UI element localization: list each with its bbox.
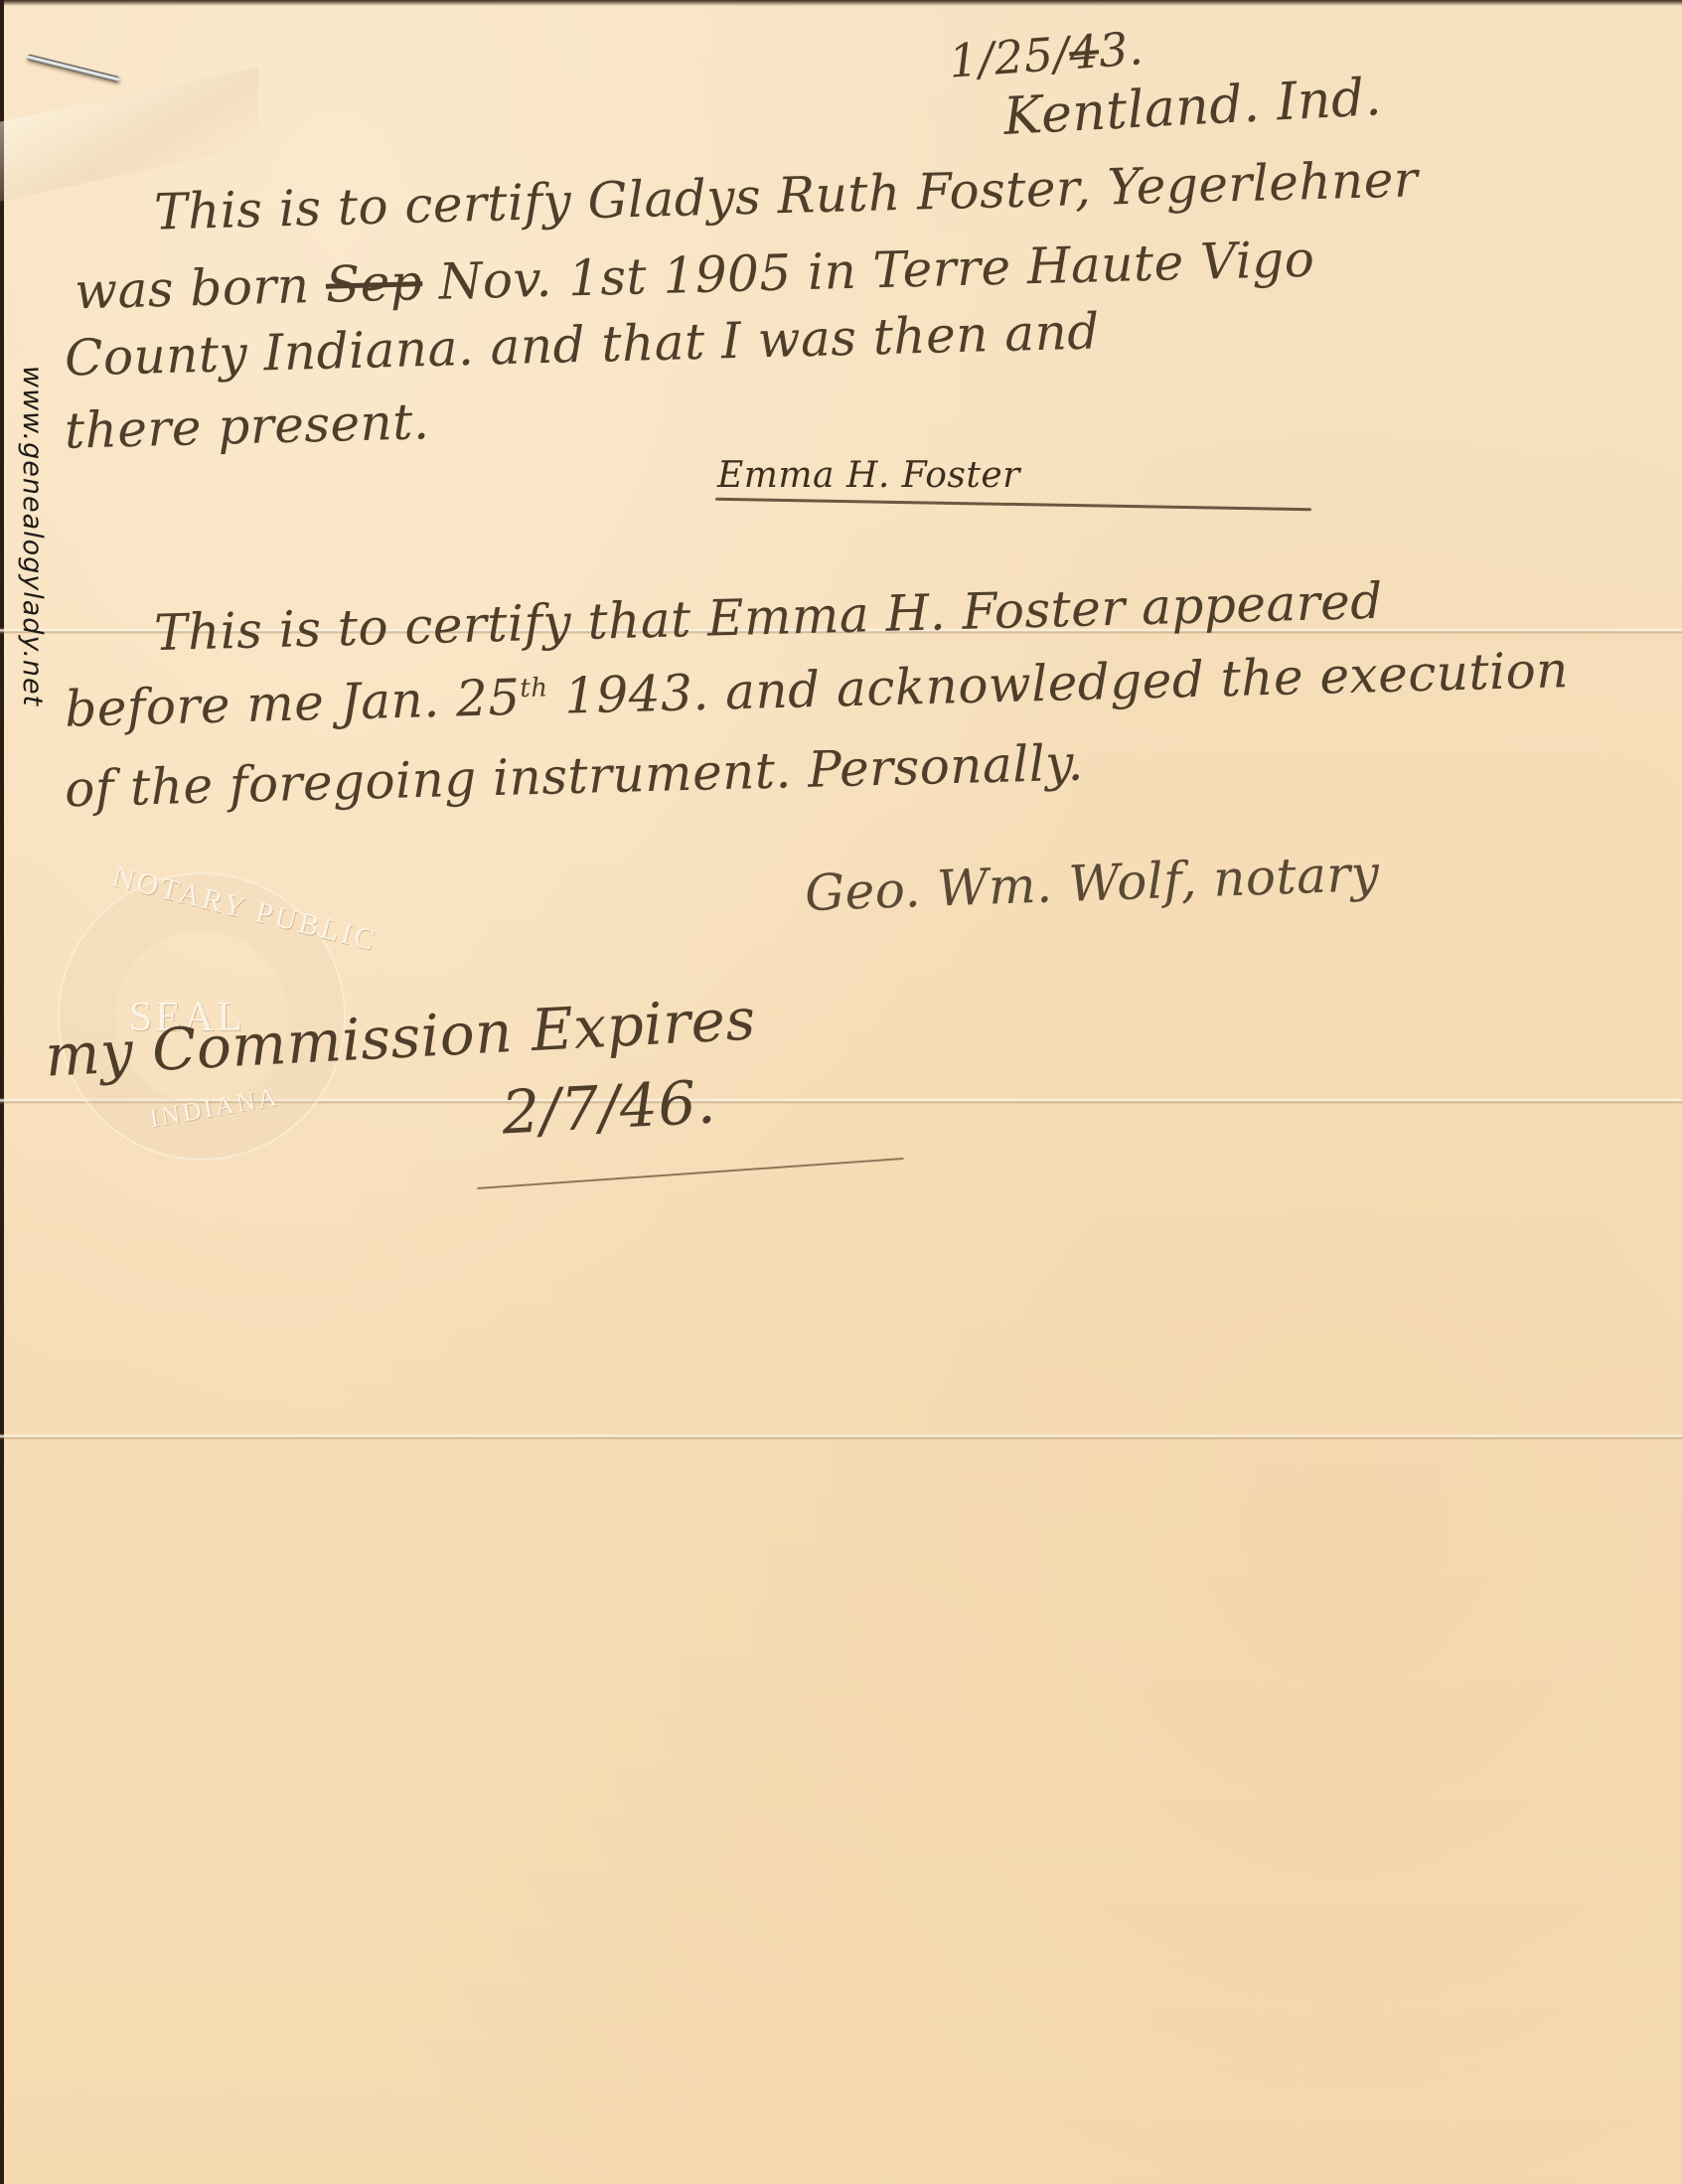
signature-underline [715,498,1311,511]
fold-line [0,1434,1682,1440]
paragraph-1-line-2: was born Sep Nov. 1st 1905 in Terre Haut… [74,231,1315,321]
commission-expiry-date: 2/7/46. [500,1067,717,1148]
commission-underline [477,1158,903,1189]
paragraph-1-line-1: This is to certify Gladys Ruth Foster, Y… [153,150,1418,240]
struck-text: Sep [325,253,423,314]
text-span: Nov. 1st 1905 in Terre Haute Vigo [421,231,1315,311]
paragraph-1-line-4: there present. [64,392,430,460]
signature-emma-foster: Emma H. Foster [717,455,1020,496]
document-date: 1/25/43. [947,21,1145,88]
watermark: www.genealogylady.net [14,366,50,713]
text-span: 1943. and acknowledged the execution [547,641,1570,725]
paragraph-2-line-3: of the foregoing instrument. Personally. [64,734,1084,819]
staple-icon [26,54,120,82]
text-span: before me Jan. 25 [65,669,522,738]
date-prefix: 1/25/ [947,26,1071,87]
document-scan: www.genealogylady.net 1/25/43. Kentland.… [0,0,1682,2184]
date-suffix: 3. [1097,21,1146,78]
signature-notary: Geo. Wm. Wolf, notary [804,845,1380,922]
scan-left-edge [0,0,4,2184]
ordinal-suffix: th [520,673,548,703]
scan-top-edge [0,0,1682,6]
text-span: was born [74,256,326,321]
paragraph-2-line-1: This is to certify that Emma H. Foster a… [153,572,1383,662]
date-struck-digit: 4 [1067,24,1100,79]
